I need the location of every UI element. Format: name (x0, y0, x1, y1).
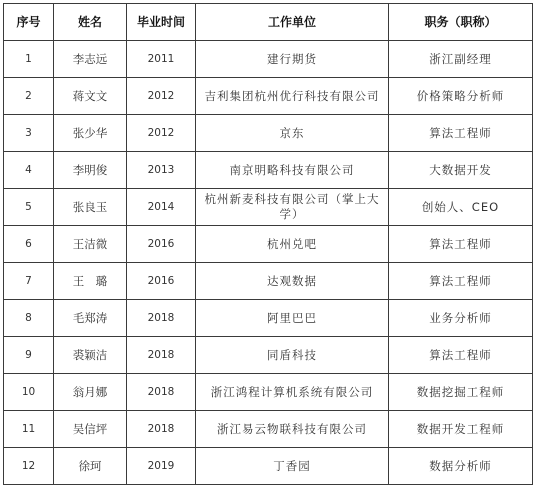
cell-employer: 南京明略科技有限公司 (196, 152, 389, 189)
header-name: 姓名 (54, 4, 127, 41)
cell-graduation-year: 2014 (127, 189, 196, 226)
cell-name: 徐珂 (54, 448, 127, 485)
cell-employer: 京东 (196, 115, 389, 152)
table-header-row: 序号 姓名 毕业时间 工作单位 职务（职称） (4, 4, 533, 41)
table-row: 7 王 璐 2016 达观数据 算法工程师 (4, 263, 533, 300)
alumni-employment-table: 序号 姓名 毕业时间 工作单位 职务（职称） 1 李志远 2011 建行期货 浙… (3, 3, 533, 485)
cell-name: 吴信坪 (54, 411, 127, 448)
cell-name: 翁月娜 (54, 374, 127, 411)
cell-position: 大数据开发 (389, 152, 533, 189)
table-row: 11 吴信坪 2018 浙江易云物联科技有限公司 数据开发工程师 (4, 411, 533, 448)
cell-graduation-year: 2012 (127, 115, 196, 152)
cell-employer: 阿里巴巴 (196, 300, 389, 337)
cell-position: 算法工程师 (389, 226, 533, 263)
cell-graduation-year: 2018 (127, 337, 196, 374)
header-position: 职务（职称） (389, 4, 533, 41)
cell-position: 数据分析师 (389, 448, 533, 485)
cell-serial-number: 8 (4, 300, 54, 337)
cell-name: 蒋文文 (54, 78, 127, 115)
cell-serial-number: 7 (4, 263, 54, 300)
cell-graduation-year: 2018 (127, 374, 196, 411)
cell-serial-number: 5 (4, 189, 54, 226)
table-row: 9 裘颖洁 2018 同盾科技 算法工程师 (4, 337, 533, 374)
table-row: 5 张良玉 2014 杭州新麦科技有限公司（掌上大学） 创始人、CEO (4, 189, 533, 226)
cell-serial-number: 9 (4, 337, 54, 374)
table-row: 12 徐珂 2019 丁香园 数据分析师 (4, 448, 533, 485)
cell-position: 算法工程师 (389, 263, 533, 300)
cell-serial-number: 11 (4, 411, 54, 448)
cell-graduation-year: 2016 (127, 263, 196, 300)
cell-graduation-year: 2019 (127, 448, 196, 485)
cell-employer: 达观数据 (196, 263, 389, 300)
cell-serial-number: 3 (4, 115, 54, 152)
table-row: 8 毛郑涛 2018 阿里巴巴 业务分析师 (4, 300, 533, 337)
cell-position: 创始人、CEO (389, 189, 533, 226)
cell-name: 王洁微 (54, 226, 127, 263)
header-graduation-year: 毕业时间 (127, 4, 196, 41)
cell-graduation-year: 2012 (127, 78, 196, 115)
cell-serial-number: 12 (4, 448, 54, 485)
table-row: 3 张少华 2012 京东 算法工程师 (4, 115, 533, 152)
cell-graduation-year: 2018 (127, 300, 196, 337)
table-row: 2 蒋文文 2012 吉利集团杭州优行科技有限公司 价格策略分析师 (4, 78, 533, 115)
cell-employer: 浙江鸿程计算机系统有限公司 (196, 374, 389, 411)
table-row: 1 李志远 2011 建行期货 浙江副经理 (4, 41, 533, 78)
cell-serial-number: 6 (4, 226, 54, 263)
cell-name: 裘颖洁 (54, 337, 127, 374)
cell-employer: 杭州兑吧 (196, 226, 389, 263)
cell-serial-number: 2 (4, 78, 54, 115)
table-row: 10 翁月娜 2018 浙江鸿程计算机系统有限公司 数据挖掘工程师 (4, 374, 533, 411)
cell-employer: 浙江易云物联科技有限公司 (196, 411, 389, 448)
cell-name: 毛郑涛 (54, 300, 127, 337)
cell-serial-number: 4 (4, 152, 54, 189)
table-row: 6 王洁微 2016 杭州兑吧 算法工程师 (4, 226, 533, 263)
cell-name: 张良玉 (54, 189, 127, 226)
cell-employer: 建行期货 (196, 41, 389, 78)
cell-position: 数据开发工程师 (389, 411, 533, 448)
cell-name: 张少华 (54, 115, 127, 152)
cell-position: 浙江副经理 (389, 41, 533, 78)
cell-employer: 同盾科技 (196, 337, 389, 374)
cell-position: 数据挖掘工程师 (389, 374, 533, 411)
cell-graduation-year: 2016 (127, 226, 196, 263)
cell-position: 算法工程师 (389, 115, 533, 152)
cell-name: 李志远 (54, 41, 127, 78)
cell-graduation-year: 2018 (127, 411, 196, 448)
cell-position: 价格策略分析师 (389, 78, 533, 115)
cell-name: 王 璐 (54, 263, 127, 300)
cell-serial-number: 10 (4, 374, 54, 411)
cell-employer: 丁香园 (196, 448, 389, 485)
header-employer: 工作单位 (196, 4, 389, 41)
cell-position: 业务分析师 (389, 300, 533, 337)
cell-employer: 杭州新麦科技有限公司（掌上大学） (196, 189, 389, 226)
cell-position: 算法工程师 (389, 337, 533, 374)
header-serial-number: 序号 (4, 4, 54, 41)
cell-name: 李明俊 (54, 152, 127, 189)
cell-employer: 吉利集团杭州优行科技有限公司 (196, 78, 389, 115)
cell-serial-number: 1 (4, 41, 54, 78)
cell-graduation-year: 2011 (127, 41, 196, 78)
cell-graduation-year: 2013 (127, 152, 196, 189)
table-row: 4 李明俊 2013 南京明略科技有限公司 大数据开发 (4, 152, 533, 189)
